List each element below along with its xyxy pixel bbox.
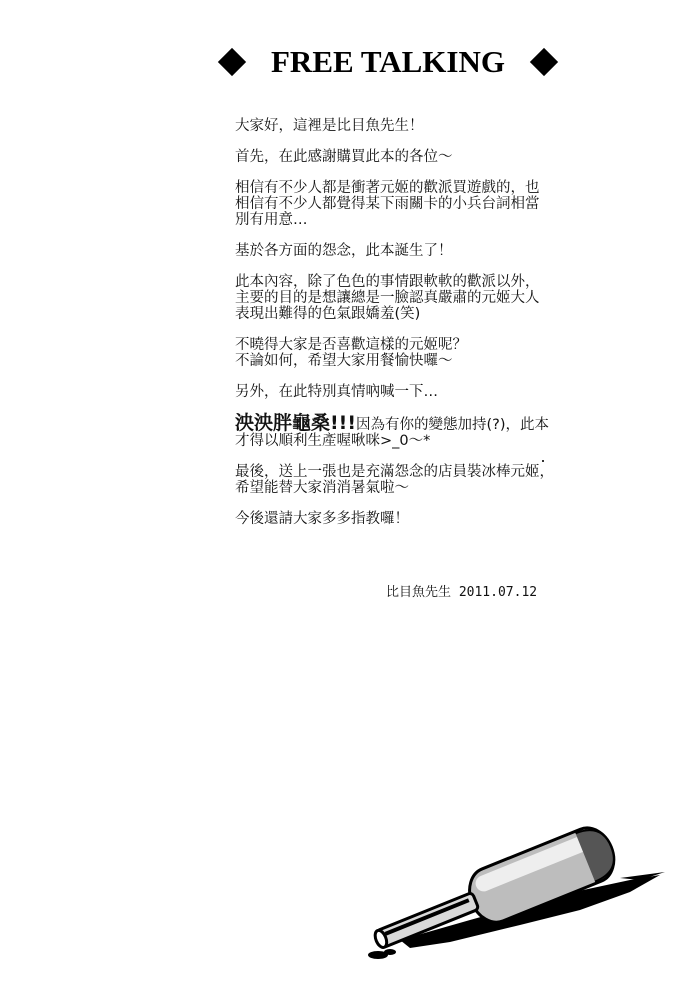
- paragraph-shoutout: 泱泱胖龜桑!!!因為有你的變態加持(?)，此本 才得以順利生產喔啾咪>_0～*: [235, 415, 555, 449]
- stray-dot: [542, 460, 544, 462]
- paragraph-question: 不曉得大家是否喜歡這樣的元姬呢？ 不論如何，希望大家用餐愉快囉～: [235, 337, 555, 369]
- free-talk-body: 大家好，這裡是比目魚先生！ 首先，在此感謝購買此本的各位～ 相信有不少人都是衝著…: [235, 118, 555, 542]
- title-text: FREE TALKING: [271, 44, 505, 80]
- signature: 比目魚先生 2011.07.12: [386, 581, 537, 600]
- paragraph-motivation: 相信有不少人都是衝著元姬的歡派買遊戲的，也 相信有不少人都覺得某下雨關卡的小兵台…: [235, 180, 555, 228]
- shoutout-line1: 因為有你的變態加持(?)，此本: [356, 417, 549, 433]
- paragraph-closing: 今後還請大家多多指教囉！: [235, 511, 555, 527]
- bottle-illustration: [330, 800, 690, 980]
- diamond-icon-left: [218, 48, 246, 76]
- shoutout-name: 泱泱胖龜桑!!!: [235, 412, 356, 434]
- shoutout-line2: 才得以順利生產喔啾咪>_0～*: [235, 433, 430, 449]
- paragraph-content: 此本內容，除了色色的事情跟軟軟的歡派以外， 主要的目的是想讓總是一臉認真嚴肅的元…: [235, 274, 555, 322]
- diamond-icon-right: [530, 48, 558, 76]
- paragraph-shoutout-intro: 另外，在此特別真情吶喊一下…: [235, 384, 555, 400]
- paragraph-greeting: 大家好，這裡是比目魚先生！: [235, 118, 555, 134]
- paragraph-finally: 最後，送上一張也是充滿怨念的店員裝冰棒元姬， 希望能替大家消消暑氣啦～: [235, 464, 555, 496]
- paragraph-thanks: 首先，在此感謝購買此本的各位～: [235, 149, 555, 165]
- page-title: FREE TALKING: [218, 42, 558, 82]
- paragraph-birth: 基於各方面的怨念，此本誕生了！: [235, 243, 555, 259]
